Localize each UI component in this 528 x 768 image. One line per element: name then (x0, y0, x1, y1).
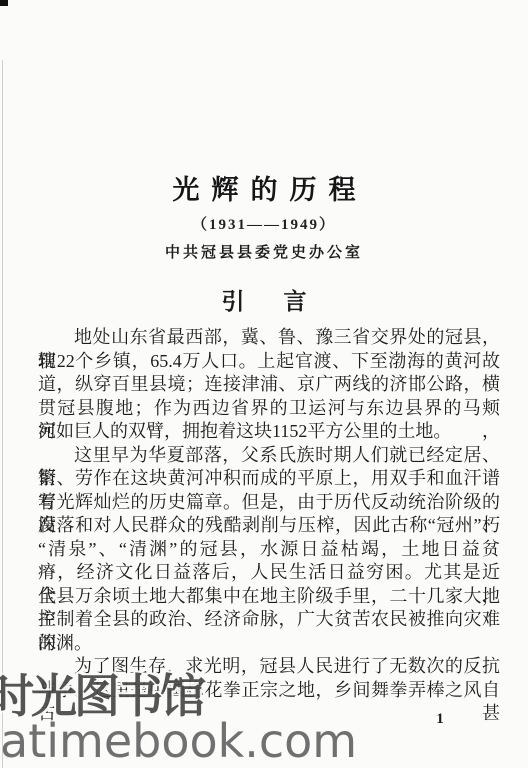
text-line: 没落和对人民群众的残酷剥削与压榨，因此古称“冠州”、 (38, 514, 500, 538)
text-line: 贯冠县腹地；作为西边省界的卫运河与东边县界的马颊河， (38, 397, 500, 421)
text-line: 全县万余顷土地大都集中在地主阶级手里，二十几家大地主 (38, 585, 500, 609)
scan-edge-line-artifact (2, 60, 3, 768)
author-line: 中共冠县县委党史办公室 (0, 241, 528, 262)
scan-corner-artifact (0, 0, 8, 6)
text-line: 为了图生存，求光明，冠县人民进行了无数次的反抗与 (38, 655, 500, 679)
text-line: 控制着全县的政治、经济命脉，广大贫苦农民被推向灾难的 (38, 608, 500, 632)
page-title: 光辉的历程 (0, 168, 528, 207)
text-line: 衍、劳作在这块黄河冲积而成的平原上，用双手和血汗谱写 (38, 467, 500, 491)
text-line: 这里早为华夏部落，父系氏族时期人们就已经定居、繁 (38, 444, 500, 468)
text-line: “清泉”、“清渊”的冠县，水源日益枯竭，土地日益贫 (38, 538, 500, 562)
text-line: 宛如巨人的双臂，拥抱着这块1152平方公里的土地。 (38, 420, 500, 444)
body-text: 地处山东省最西部，冀、鲁、豫三省交界处的冠县，现辖22个乡镇，65.4万人口。上… (38, 326, 500, 702)
text-line: 着光辉灿烂的历史篇章。但是，由于历代反动统治阶级的腐朽 (38, 491, 500, 515)
section-heading: 引 言 (0, 283, 528, 316)
text-line: 地处山东省最西部，冀、鲁、豫三省交界处的冠县，现 (38, 326, 500, 350)
book-page: 光辉的历程 （1931——1949） 中共冠县县委党史办公室 引 言 地处山东省… (0, 0, 528, 768)
text-line: 瘠，经济文化日益落后，人民生活日益穷困。尤其是近代， (38, 561, 500, 585)
text-line: 辖22个乡镇，65.4万人口。上起官渡、下至渤海的黄河故 (38, 350, 500, 374)
page-number: 1 (430, 711, 450, 728)
date-range: （1931——1949） (0, 213, 528, 234)
text-line: 斗争。这里是中国梅花拳正宗之地，乡间舞拳弄棒之风自古甚 (38, 679, 500, 703)
text-line: 深渊。 (38, 632, 500, 656)
text-line: 道，纵穿百里县境；连接津浦、京广两线的济邯公路，横 (38, 373, 500, 397)
